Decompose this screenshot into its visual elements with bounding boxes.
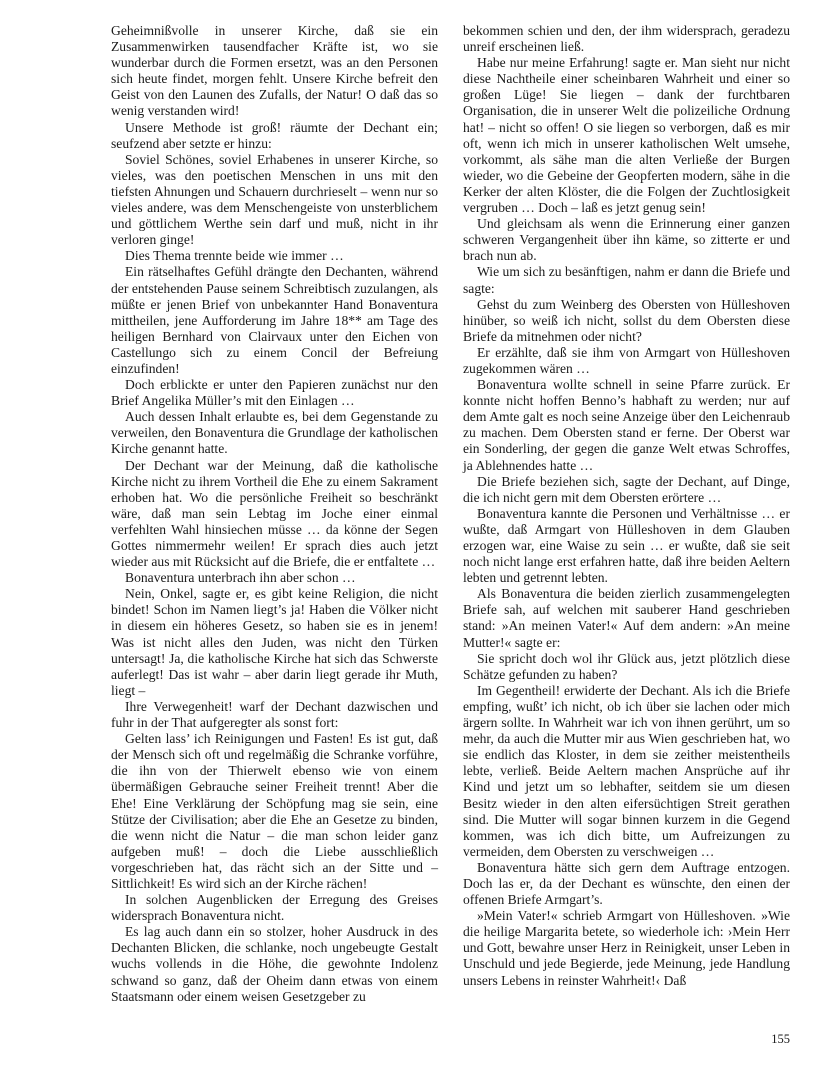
paragraph: Habe nur meine Erfahrung! sagte er. Man … [463,55,790,216]
paragraph: Es lag auch dann ein so stolzer, hoher A… [111,924,438,1004]
paragraph: Bonaventura wollte schnell in seine Pfar… [463,377,790,474]
paragraph: Dies Thema trennte beide wie immer … [111,248,438,264]
paragraph: Wie um sich zu besänftigen, nahm er dann… [463,264,790,296]
paragraph: Gehst du zum Weinberg des Obersten von H… [463,297,790,345]
page-number: 155 [740,1032,790,1046]
paragraph: Im Gegentheil! erwiderte der Dechant. Al… [463,683,790,860]
paragraph: Sie spricht doch wol ihr Glück aus, jetz… [463,651,790,683]
paragraph: Als Bonaventura die beiden zierlich zusa… [463,586,790,650]
left-column: Geheimnißvolle in unserer Kirche, daß si… [111,23,438,1005]
book-page: Geheimnißvolle in unserer Kirche, daß si… [0,0,819,1065]
paragraph: Gelten lass’ ich Reinigungen und Fasten!… [111,731,438,892]
paragraph: Bonaventura kannte die Personen und Verh… [463,506,790,586]
paragraph: Der Dechant war der Meinung, daß die kat… [111,458,438,571]
paragraph: Ein rätselhaftes Gefühl drängte den Dech… [111,264,438,377]
paragraph: Nein, Onkel, sagte er, es gibt keine Rel… [111,586,438,699]
paragraph: Die Briefe beziehen sich, sagte der Dech… [463,474,790,506]
paragraph: Soviel Schönes, soviel Erhabenes in unse… [111,152,438,249]
paragraph: Bonaventura unterbrach ihn aber schon … [111,570,438,586]
paragraph: Er erzählte, daß sie ihm von Armgart von… [463,345,790,377]
paragraph: Ihre Verwegenheit! warf der Dechant dazw… [111,699,438,731]
paragraph: Bonaventura hätte sich gern dem Auftrage… [463,860,790,908]
paragraph: Doch erblickte er unter den Papieren zun… [111,377,438,409]
paragraph: Unsere Methode ist groß! räumte der Dech… [111,120,438,152]
paragraph: Auch dessen Inhalt erlaubte es, bei dem … [111,409,438,457]
paragraph: bekommen schien und den, der ihm widersp… [463,23,790,55]
paragraph: »Mein Vater!« schrieb Armgart von Hülles… [463,908,790,988]
right-column: bekommen schien und den, der ihm widersp… [463,23,790,989]
paragraph: In solchen Augenblicken der Erregung des… [111,892,438,924]
paragraph: Geheimnißvolle in unserer Kirche, daß si… [111,23,438,120]
paragraph: Und gleichsam als wenn die Erinnerung ei… [463,216,790,264]
